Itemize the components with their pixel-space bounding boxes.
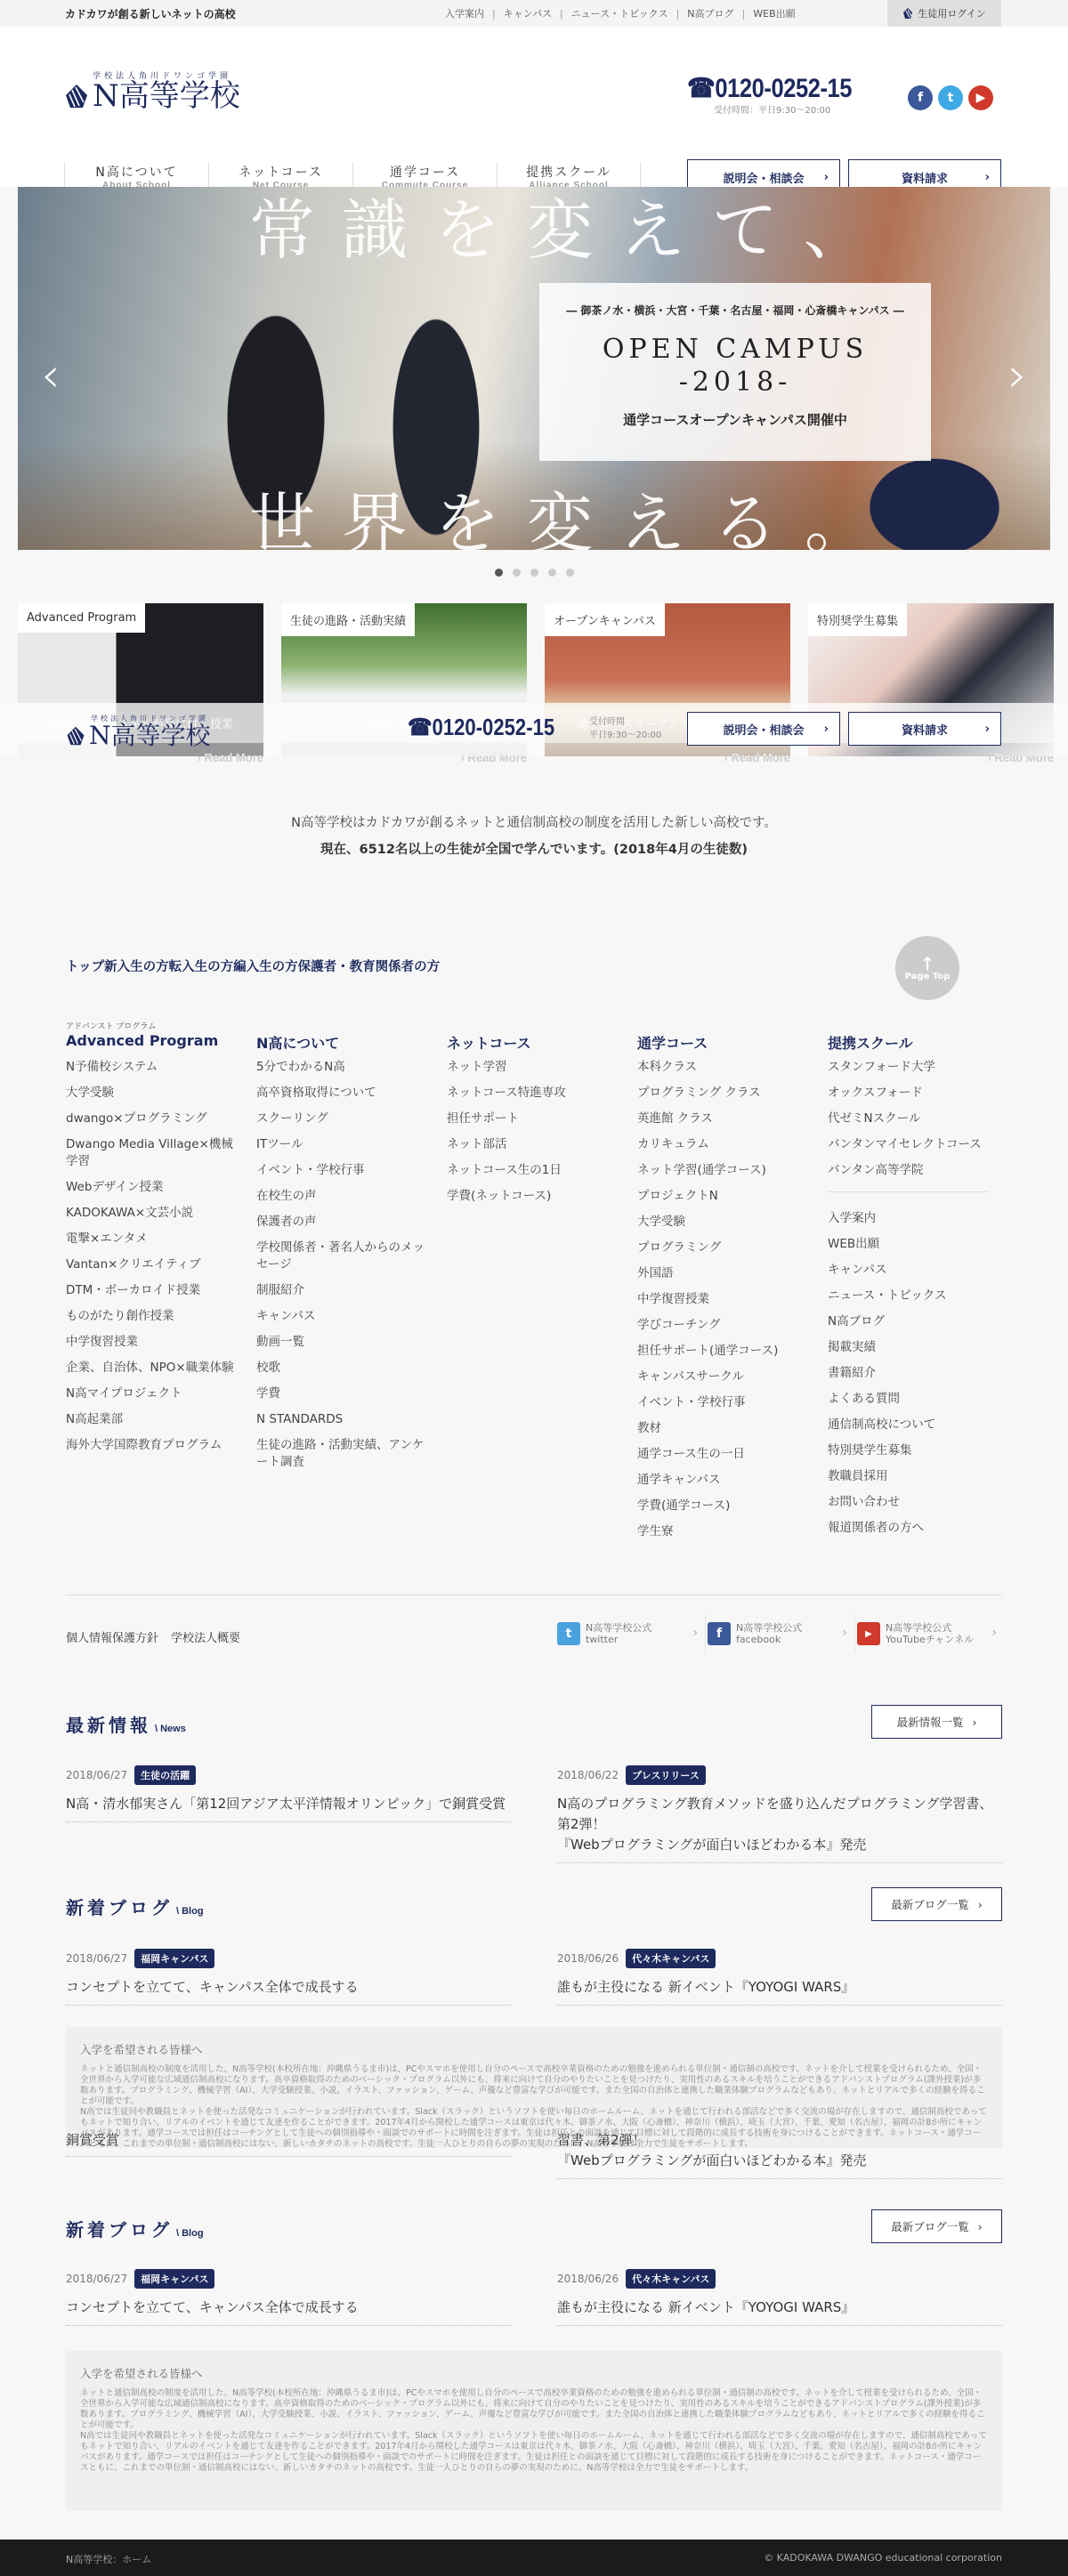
sitemap-link[interactable]: 生徒の進路・活動実績、アンケート調査	[256, 1437, 447, 1471]
toplink-admission[interactable]: 入学案内	[445, 6, 484, 20]
sitemap-divider	[828, 1191, 988, 1192]
sitemap-link[interactable]: 通学コース生の一日	[637, 1446, 828, 1463]
blog-list-label: 最新ブログ一覧	[891, 1896, 969, 1912]
news-title-en: \ News	[155, 1724, 186, 1734]
sitemap-link[interactable]: 書籍紹介	[828, 1365, 1018, 1382]
sitemap-col-alliance: 提携スクール スタンフォード大学 オックスフォード 代ゼミNスクール バンタンマ…	[828, 1020, 1018, 1549]
overlap-fragment-right: 習書、第2弾！ 『Webプログラミングが面白いほどわかる本』発売	[557, 2130, 1002, 2179]
blog-title-en: \ Blog	[176, 1906, 204, 1917]
sitemap-link[interactable]: プログラミング	[637, 1240, 828, 1256]
sitemap-link[interactable]: 在校生の声	[256, 1188, 447, 1205]
sns-name: twitter	[586, 1634, 618, 1645]
sitemap-col-net-course: ネットコース ネット学習 ネットコース特進専攻 担任サポート ネット部活 ネット…	[447, 1020, 637, 1549]
blog-list-label: 最新ブログ一覧	[891, 2218, 969, 2234]
twitter-icon: t	[557, 1622, 580, 1645]
sitemap-link[interactable]: スクーリング	[256, 1110, 447, 1127]
footer-divider	[66, 1595, 1002, 1595]
sitemap-link[interactable]: バンタン高等学院	[828, 1162, 1018, 1179]
overlap-fragment-right-1: 習書、第2弾！	[557, 2130, 1002, 2151]
briefing-label: 説明会・相談会	[723, 169, 804, 186]
notice-paragraph-1: ネットと通信制高校の制度を活用した、N高等学校(本校所在地：沖縄県うるま市)は、…	[80, 2064, 988, 2107]
sitemap-link[interactable]: 企業、自治体、NPO×職業体験	[66, 1360, 256, 1377]
blog-list-button[interactable]: 最新ブログ一覧›	[871, 1887, 1002, 1921]
blog-heading-repeat: 新着ブログ\ Blog	[66, 2216, 204, 2241]
nav-commute-ja: 通学コース	[353, 163, 497, 181]
page-top-button[interactable]: ↑ Page Top	[895, 936, 959, 1000]
sitemap-link[interactable]: キャンパス	[256, 1308, 447, 1325]
sitemap-heading[interactable]: 提携スクール	[828, 1032, 1018, 1050]
sticky-logo-text: N高等学校	[89, 723, 211, 748]
sitemap-link[interactable]: 学費(ネットコース)	[447, 1188, 637, 1205]
blog-date: 2018/06/26	[557, 2273, 619, 2285]
sitemap-link[interactable]: ものがたり創作授業	[66, 1308, 256, 1325]
sitemap-link[interactable]: 入学案内	[828, 1210, 1018, 1227]
notice-paragraph-1: ネットと通信制高校の制度を活用した、N高等学校(本校所在地：沖縄県うるま市)は、…	[80, 2388, 988, 2431]
slider-dot-5[interactable]	[566, 569, 574, 577]
sitemap-link[interactable]: 通信制高校について	[828, 1417, 1018, 1433]
chevron-right-icon: ›	[978, 2220, 983, 2233]
intro-line-1: N高等学校はカドカワが創るネットと通信制高校の制度を活用した新しい高校です。	[0, 810, 1068, 836]
news-title-text: N高のプログラミング教育メソッドを盛り込んだプログラミング学習書、第2弾！ 『W…	[557, 1794, 1002, 1863]
sitemap-link[interactable]: 教職員採用	[828, 1468, 1018, 1485]
intro-text: N高等学校はカドカワが創るネットと通信制高校の制度を活用した新しい高校です。 現…	[0, 810, 1068, 863]
open-campus-title: OPEN CAMPUS	[539, 334, 931, 365]
sitemap-link[interactable]: Webデザイン授業	[66, 1179, 256, 1196]
logo-mark-icon	[64, 83, 89, 109]
sticky-request-button[interactable]: 資料請求›	[848, 712, 1001, 746]
chevron-right-icon: ›	[842, 1626, 847, 1640]
open-campus-panel[interactable]: ― 御茶ノ水・横浜・大宮・千葉・名古屋・福岡・心斎橋キャンパス ― OPEN C…	[539, 283, 931, 461]
corporation-overview-link[interactable]: 学校法人概要	[171, 1628, 240, 1645]
sitemap-link[interactable]: ITツール	[256, 1136, 447, 1153]
phone-hours: 受付時間：平日9:30〜20:00	[714, 102, 881, 116]
sticky-phone-number: 0120-0252-15	[433, 714, 555, 740]
audience-readmission-students[interactable]: 編入生の方	[233, 957, 298, 975]
top-links: 入学案内| キャンパス| ニュース・トピックス| N高ブログ| WEB出願	[445, 0, 796, 27]
sitemap-kicker	[447, 1020, 637, 1030]
social-links: f t ▶	[908, 85, 993, 110]
sticky-briefing-label: 説明会・相談会	[723, 721, 804, 738]
sticky-phone: ☎0120-0252-15	[408, 714, 554, 741]
campus-badge: 代々木キャンパス	[626, 1949, 716, 1968]
sticky-hours-label: 受付時間	[589, 715, 661, 729]
audience-top[interactable]: トップ	[66, 957, 104, 975]
sitemap-link[interactable]: 大学受験	[637, 1214, 828, 1231]
slider-dot-3[interactable]	[530, 569, 538, 577]
overlap-fragment-right-2: 『Webプログラミングが面白いほどわかる本』発売	[557, 2151, 1002, 2179]
sitemap-link[interactable]: N高起業部	[66, 1411, 256, 1428]
sitemap: アドバンスト プログラム Advanced Program N予備校システム 大…	[66, 1020, 1018, 1549]
chevron-right-icon: ›	[985, 723, 990, 736]
youtube-icon: ▶	[857, 1622, 880, 1645]
sitemap-link[interactable]: 制服紹介	[256, 1282, 447, 1299]
blog-title-text: 誰もが主役になる 新イベント『YOYOGI WARS』	[557, 2297, 1002, 2326]
sns-links: t N高等学校公式twitter › f N高等学校公式facebook › ▶…	[555, 1614, 1004, 1653]
sitemap-link[interactable]: 外国語	[637, 1265, 828, 1282]
sitemap-link[interactable]: ネット部活	[447, 1136, 637, 1153]
sitemap-link[interactable]: ネットコース生の1日	[447, 1162, 637, 1179]
sitemap-link[interactable]: 中学復習授業	[66, 1334, 256, 1351]
page-top-label: Page Top	[905, 972, 951, 981]
sitemap-col-advanced: アドバンスト プログラム Advanced Program N予備校システム 大…	[66, 1020, 256, 1549]
news-item[interactable]: 2018/06/22プレスリリース N高のプログラミング教育メソッドを盛り込んだ…	[557, 1765, 1002, 1863]
youtube-icon[interactable]: ▶	[968, 85, 993, 110]
blog-title-text: コンセプトを立てて、キャンパス全体で成長する	[66, 1977, 511, 2006]
sns-youtube-link[interactable]: ▶ N高等学校公式YouTubeチャンネル ›	[854, 1614, 1004, 1653]
news-list-label: 最新情報一覧	[896, 1714, 963, 1730]
chevron-right-icon: ›	[985, 171, 990, 184]
sitemap-link[interactable]: Dwango Media Village×機械学習	[66, 1136, 256, 1170]
card-label: 特別奨学生募集	[808, 603, 907, 636]
nav-net-ja: ネットコース	[209, 163, 352, 181]
sns-label: N高等学校公式	[586, 1622, 651, 1634]
campus-badge: 福岡キャンパス	[134, 1949, 214, 1968]
sitemap-link[interactable]: 本科クラス	[637, 1059, 828, 1076]
logo-mark-icon	[66, 725, 85, 747]
blog-list-button-repeat[interactable]: 最新ブログ一覧›	[871, 2209, 1002, 2243]
notice-title: 入学を希望される皆様へ	[80, 2365, 988, 2381]
card-label: 生徒の進路・活動実績	[281, 603, 415, 636]
phone-number: 0120-0252-15	[715, 74, 852, 103]
blog-item[interactable]: 2018/06/27福岡キャンパス コンセプトを立てて、キャンパス全体で成長する	[66, 1949, 511, 2006]
student-login-label: 生徒用ログイン	[918, 6, 985, 20]
sitemap-kicker	[828, 1020, 1018, 1030]
toplink-campus[interactable]: キャンパス	[504, 6, 552, 20]
sitemap-link[interactable]: 学費	[256, 1385, 447, 1402]
campus-list: ― 御茶ノ水・横浜・大宮・千葉・名古屋・福岡・心斎橋キャンパス ―	[539, 303, 931, 318]
sitemap-link[interactable]: 学校関係者・著名人からのメッセージ	[256, 1240, 447, 1273]
chevron-right-icon: ›	[824, 171, 829, 184]
blog-date: 2018/06/26	[557, 1952, 619, 1965]
sitemap-link[interactable]: dwango×プログラミング	[66, 1110, 256, 1127]
sitemap-link[interactable]: N高ブログ	[828, 1313, 1018, 1330]
campus-badge: 代々木キャンパス	[626, 2269, 716, 2289]
blog-item[interactable]: 2018/06/26代々木キャンパス 誰もが主役になる 新イベント『YOYOGI…	[557, 2269, 1002, 2326]
sitemap-link[interactable]: 報道関係者の方へ	[828, 1520, 1018, 1537]
sitemap-link[interactable]: 高卒資格取得について	[256, 1085, 447, 1102]
sitemap-kicker	[256, 1020, 447, 1030]
slider-dot-4[interactable]	[548, 569, 556, 577]
sns-label: N高等学校公式	[736, 1622, 802, 1634]
sitemap-link[interactable]: Vantan×クリエイティブ	[66, 1256, 256, 1273]
sitemap-link[interactable]: 5分でわかるN高	[256, 1059, 447, 1076]
toplink-web-apply[interactable]: WEB出願	[753, 6, 795, 20]
sitemap-link[interactable]: 英進館 クラス	[637, 1110, 828, 1127]
blog-item[interactable]: 2018/06/26代々木キャンパス 誰もが主役になる 新イベント『YOYOGI…	[557, 1949, 1002, 2006]
audience-parents-educators[interactable]: 保護者・教育関係者の方	[298, 957, 441, 975]
request-label: 資料請求	[902, 169, 948, 186]
sitemap-link[interactable]: ニュース・トピックス	[828, 1288, 1018, 1304]
tagline: カドカワが創る新しいネットの高校	[65, 6, 236, 21]
toplink-news[interactable]: ニュース・トピックス	[571, 6, 668, 20]
card-label: オープンキャンパス	[545, 603, 665, 636]
sitemap-col-about: N高について 5分でわかるN高 高卒資格取得について スクーリング ITツール …	[256, 1020, 447, 1549]
sticky-header: 学校法人角川ドワンゴ学園 N高等学校 ☎0120-0252-15 受付時間平日9…	[0, 703, 1068, 756]
notice-paragraph-2: N高では生徒同や教職員とネットを使った活発なコミュニケーションが行われています。…	[80, 2431, 988, 2474]
hero-headline-1: 常識を変えて、	[249, 187, 896, 272]
chevron-right-icon: ›	[991, 1626, 997, 1640]
sitemap-link[interactable]: N STANDARDS	[256, 1411, 447, 1428]
nav-about-ja: N高について	[65, 163, 208, 181]
sitemap-link[interactable]: キャンパスサークル	[637, 1369, 828, 1385]
sitemap-kicker: アドバンスト プログラム	[66, 1020, 256, 1030]
sitemap-link[interactable]: 担任サポート(通学コース)	[637, 1343, 828, 1360]
blog-title-en: \ Blog	[176, 2228, 204, 2239]
sitemap-link[interactable]: キャンパス	[828, 1262, 1018, 1279]
open-campus-note: 通学コースオープンキャンパス開催中	[539, 410, 931, 429]
sitemap-link[interactable]: ネット学習	[447, 1059, 637, 1076]
sitemap-link[interactable]: 学びコーチング	[637, 1317, 828, 1334]
sitemap-link[interactable]: 通学キャンパス	[637, 1472, 828, 1489]
hero-slider[interactable]: 常識を変えて、 世界を変える。 ― 御茶ノ水・横浜・大宮・千葉・名古屋・福岡・心…	[18, 187, 1050, 550]
site-logo[interactable]: 学校法人角川ドワンゴ学園 N高等学校	[64, 69, 260, 111]
card-label: Advanced Program	[18, 603, 145, 633]
phone-icon: ☎	[408, 714, 433, 740]
sitemap-link[interactable]: 学生寮	[637, 1523, 828, 1540]
sitemap-link[interactable]: イベント・学校行事	[256, 1162, 447, 1179]
admission-notice: 入学を希望される皆様へ ネットと通信制高校の制度を活用した、N高等学校(本校所在…	[66, 2351, 1002, 2511]
intro-line-2: 現在、6512名以上の生徒が全国で学んでいます。(2018年4月の生徒数)	[0, 836, 1068, 863]
sitemap-heading[interactable]: 通学コース	[637, 1032, 828, 1050]
sticky-briefing-button[interactable]: 説明会・相談会›	[687, 712, 840, 746]
news-heading: 最新情報\ News	[66, 1711, 186, 1737]
sitemap-link[interactable]: バンタンマイセレクトコース	[828, 1136, 1018, 1153]
chevron-right-icon: ›	[978, 1898, 983, 1911]
privacy-policy-link[interactable]: 個人情報保護方針	[66, 1628, 158, 1645]
nav-alliance-ja: 提携スクール	[498, 163, 640, 181]
news-item[interactable]: 2018/06/27生徒の活躍 N高・清水郁実さん「第12回アジア太平洋情報オリ…	[66, 1765, 511, 1822]
sitemap-link[interactable]: 保護者の声	[256, 1214, 447, 1231]
sns-name: facebook	[736, 1634, 781, 1645]
blog-item[interactable]: 2018/06/27福岡キャンパス コンセプトを立てて、キャンパス全体で成長する	[66, 2269, 511, 2326]
category-badge: 生徒の活躍	[134, 1765, 196, 1785]
slider-dot-2[interactable]	[513, 569, 521, 577]
sitemap-heading[interactable]: N高について	[256, 1032, 447, 1050]
sitemap-link[interactable]: KADOKAWA×文芸小説	[66, 1205, 256, 1222]
sitemap-link[interactable]: WEB出願	[828, 1236, 1018, 1253]
sns-facebook-link[interactable]: f N高等学校公式facebook ›	[705, 1614, 854, 1653]
sticky-hours: 受付時間平日9:30〜20:00	[589, 715, 661, 742]
footer-home-link[interactable]: N高等学校：ホーム	[66, 2552, 151, 2566]
hero-headline-2: 世界を変える。	[249, 472, 897, 550]
sitemap-link[interactable]: 動画一覧	[256, 1334, 447, 1351]
notice-title: 入学を希望される皆様へ	[80, 2041, 988, 2057]
sitemap-link[interactable]: ネット学習(通学コース)	[637, 1162, 828, 1179]
sitemap-link[interactable]: プロジェクトN	[637, 1188, 828, 1205]
arrow-up-icon: ↑	[920, 956, 935, 972]
sitemap-link[interactable]: N予備校システム	[66, 1059, 256, 1076]
open-campus-year: -2018-	[539, 367, 931, 398]
sitemap-link[interactable]: カリキュラム	[637, 1136, 828, 1153]
audience-nav: トップ 新入生の方 転入生の方 編入生の方 保護者・教育関係者の方	[66, 957, 440, 975]
legal-links: 個人情報保護方針 学校法人概要	[66, 1628, 240, 1645]
sitemap-heading[interactable]: Advanced Program	[66, 1032, 256, 1050]
chevron-right-icon: ›	[973, 1716, 977, 1729]
copyright-text: © KADOKAWA DWANGO educational corporatio…	[764, 2552, 1002, 2564]
sitemap-link[interactable]: イベント・学校行事	[637, 1394, 828, 1411]
news-date: 2018/06/27	[66, 1769, 127, 1781]
audience-new-students[interactable]: 新入生の方	[104, 957, 169, 975]
site-header: 学校法人角川ドワンゴ学園 N高等学校 ☎0120-0252-15 受付時間：平日…	[0, 27, 1068, 187]
facebook-icon[interactable]: f	[908, 85, 933, 110]
sns-label: N高等学校公式	[886, 1622, 951, 1634]
phone-icon: ☎	[687, 74, 715, 103]
sitemap-link[interactable]: 大学受験	[66, 1085, 256, 1102]
overlap-fragment-left: 銅賞受賞	[66, 2130, 511, 2157]
sns-name: YouTubeチャンネル	[886, 1634, 974, 1645]
news-list-button[interactable]: 最新情報一覧›	[871, 1705, 1002, 1739]
sitemap-link[interactable]: スタンフォード大学	[828, 1059, 1018, 1076]
sitemap-heading[interactable]: ネットコース	[447, 1032, 637, 1050]
copyright-footer: N高等学校：ホーム © KADOKAWA DWANGO educational …	[0, 2540, 1068, 2576]
blog-title: 新着ブログ	[66, 2219, 173, 2241]
sitemap-link[interactable]: 電撃×エンタメ	[66, 1231, 256, 1248]
sitemap-kicker	[637, 1020, 828, 1030]
sitemap-link[interactable]: 代ゼミNスクール	[828, 1110, 1018, 1127]
blog-title: 新着ブログ	[66, 1897, 173, 1918]
sitemap-link[interactable]: プログラミング クラス	[637, 1085, 828, 1102]
sitemap-link[interactable]: DTM・ボーカロイド授業	[66, 1282, 256, 1299]
toplink-blog[interactable]: N高ブログ	[687, 6, 733, 20]
twitter-icon[interactable]: t	[938, 85, 963, 110]
sitemap-link[interactable]: ネットコース特進専攻	[447, 1085, 637, 1102]
news-title: 最新情報	[66, 1715, 151, 1736]
slider-prev-icon[interactable]: ‹	[41, 347, 61, 403]
sitemap-link[interactable]: 校歌	[256, 1360, 447, 1377]
blog-title-text: コンセプトを立てて、キャンパス全体で成長する	[66, 2297, 511, 2326]
slider-next-icon[interactable]: ›	[1007, 347, 1027, 403]
sitemap-link[interactable]: 教材	[637, 1420, 828, 1437]
sitemap-link[interactable]: お問い合わせ	[828, 1494, 1018, 1511]
category-badge: プレスリリース	[626, 1765, 706, 1785]
student-login-button[interactable]: 生徒用ログイン	[887, 0, 1001, 27]
audience-transfer-students[interactable]: 転入生の方	[169, 957, 234, 975]
sitemap-link[interactable]: 掲載実績	[828, 1339, 1018, 1356]
logo-text: N高等学校	[93, 81, 240, 111]
blog-date: 2018/06/27	[66, 1952, 127, 1965]
news-title-text: N高・清水郁実さん「第12回アジア太平洋情報オリンピック」で銅賞受賞	[66, 1794, 511, 1822]
school-logo-icon	[902, 7, 913, 20]
blog-heading: 新着ブログ\ Blog	[66, 1894, 204, 1919]
sitemap-link[interactable]: 担任サポート	[447, 1110, 637, 1127]
sitemap-col-commute-course: 通学コース 本科クラス プログラミング クラス 英進館 クラス カリキュラム ネ…	[637, 1020, 828, 1549]
chevron-right-icon: ›	[824, 723, 829, 736]
sitemap-link[interactable]: オックスフォード	[828, 1085, 1018, 1102]
sitemap-link[interactable]: 学費(通学コース)	[637, 1498, 828, 1514]
sticky-logo[interactable]: 学校法人角川ドワンゴ学園 N高等学校	[66, 714, 211, 748]
top-bar: カドカワが創る新しいネットの高校 入学案内| キャンパス| ニュース・トピックス…	[0, 0, 1068, 27]
blog-date: 2018/06/27	[66, 2273, 127, 2285]
sitemap-link[interactable]: よくある質問	[828, 1391, 1018, 1408]
slider-dots	[0, 569, 1068, 577]
sns-twitter-link[interactable]: t N高等学校公式twitter ›	[555, 1614, 705, 1653]
sitemap-link[interactable]: 海外大学国際教育プログラム	[66, 1437, 256, 1454]
facebook-icon: f	[708, 1622, 731, 1645]
chevron-right-icon: ›	[692, 1626, 698, 1640]
sticky-hours-value: 平日9:30〜20:00	[589, 729, 661, 742]
news-date: 2018/06/22	[557, 1769, 619, 1781]
slider-dot-1[interactable]	[495, 569, 503, 577]
sitemap-link[interactable]: 中学復習授業	[637, 1291, 828, 1308]
sitemap-link[interactable]: 特別奨学生募集	[828, 1442, 1018, 1459]
campus-badge: 福岡キャンパス	[134, 2269, 214, 2289]
sitemap-link[interactable]: N高マイプロジェクト	[66, 1385, 256, 1402]
blog-title-text: 誰もが主役になる 新イベント『YOYOGI WARS』	[557, 1977, 1002, 2006]
sticky-request-label: 資料請求	[902, 721, 948, 738]
phone-block: ☎0120-0252-15 受付時間：平日9:30〜20:00	[687, 73, 881, 116]
